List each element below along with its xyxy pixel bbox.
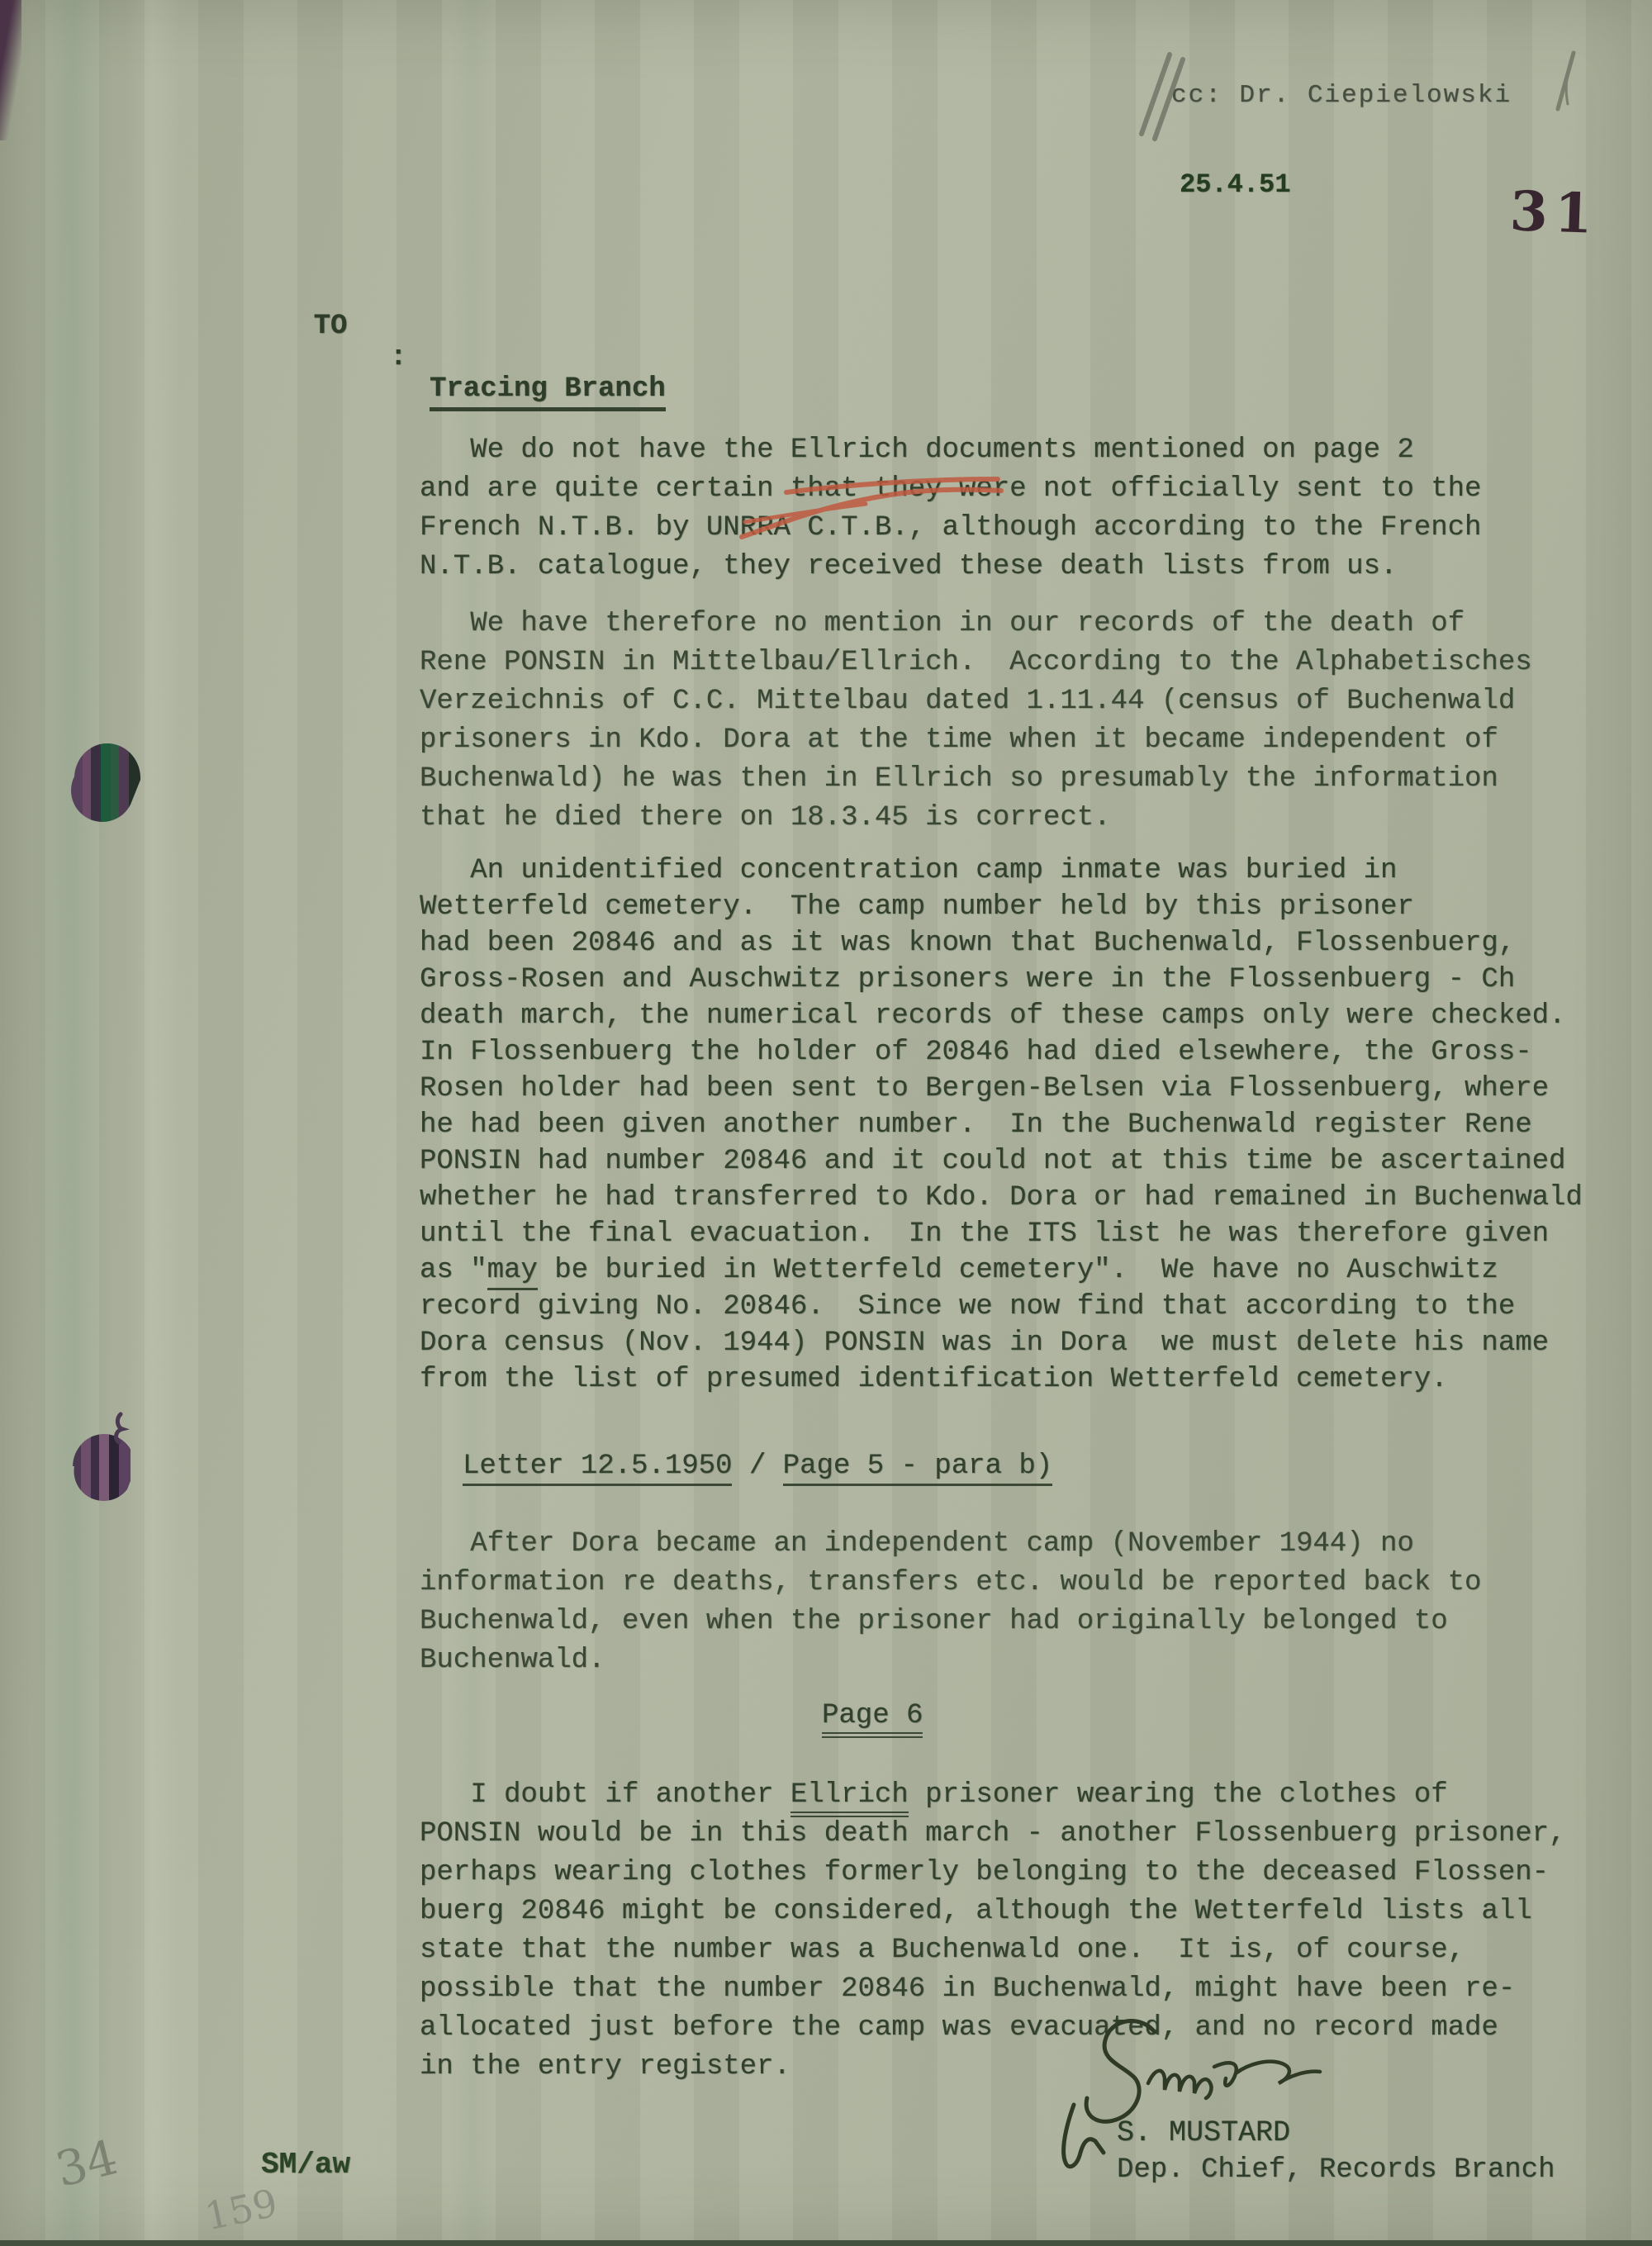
to-colon: : — [390, 342, 406, 373]
cc-line: cc: Dr. Ciepielowski — [1171, 81, 1512, 110]
pencil-number-159: 159 — [201, 2180, 281, 2239]
signature-title: Dep. Chief, Records Branch — [1117, 2154, 1555, 2186]
to-row: TO : Tracing Branch — [246, 279, 347, 436]
pencil-number-34: 34 — [50, 2129, 123, 2198]
document-page: cc: Dr. Ciepielowski 25.4.51 31 TO : Tra… — [0, 0, 1652, 2246]
paper-streak — [124, 0, 182, 2246]
paragraph-dora-independent: After Dora became an independent camp (N… — [420, 1525, 1481, 1680]
scan-corner-artifact — [0, 0, 21, 140]
to-label: TO — [314, 311, 348, 342]
typist-initials: SM/aw — [261, 2148, 350, 2182]
paragraph-ponsin-death-record: We have therefore no mention in our reco… — [420, 605, 1532, 838]
section-heading-letter: Letter 12.5.1950 / Page 5 - para b) — [463, 1451, 1052, 1482]
scan-edge-artifact — [0, 2240, 1652, 2246]
paragraph-page6-doubt: I doubt if another Ellrich prisoner wear… — [420, 1776, 1565, 2087]
paragraph-ellrich-documents: We do not have the Ellrich documents men… — [420, 431, 1481, 586]
section-heading-page6: Page 6 — [822, 1700, 923, 1731]
paper-streak — [31, 0, 114, 2246]
to-value: Tracing Branch — [430, 373, 666, 411]
handwritten-page-number: 31 — [1509, 178, 1601, 246]
paragraph-wetterfeld-burial: An unidentified concentration camp inmat… — [420, 852, 1583, 1398]
punch-hole — [71, 739, 142, 822]
punch-hole — [69, 1414, 131, 1510]
date-stamp: 25.4.51 — [1180, 169, 1290, 200]
signature-name: S. MUSTARD — [1117, 2116, 1290, 2149]
